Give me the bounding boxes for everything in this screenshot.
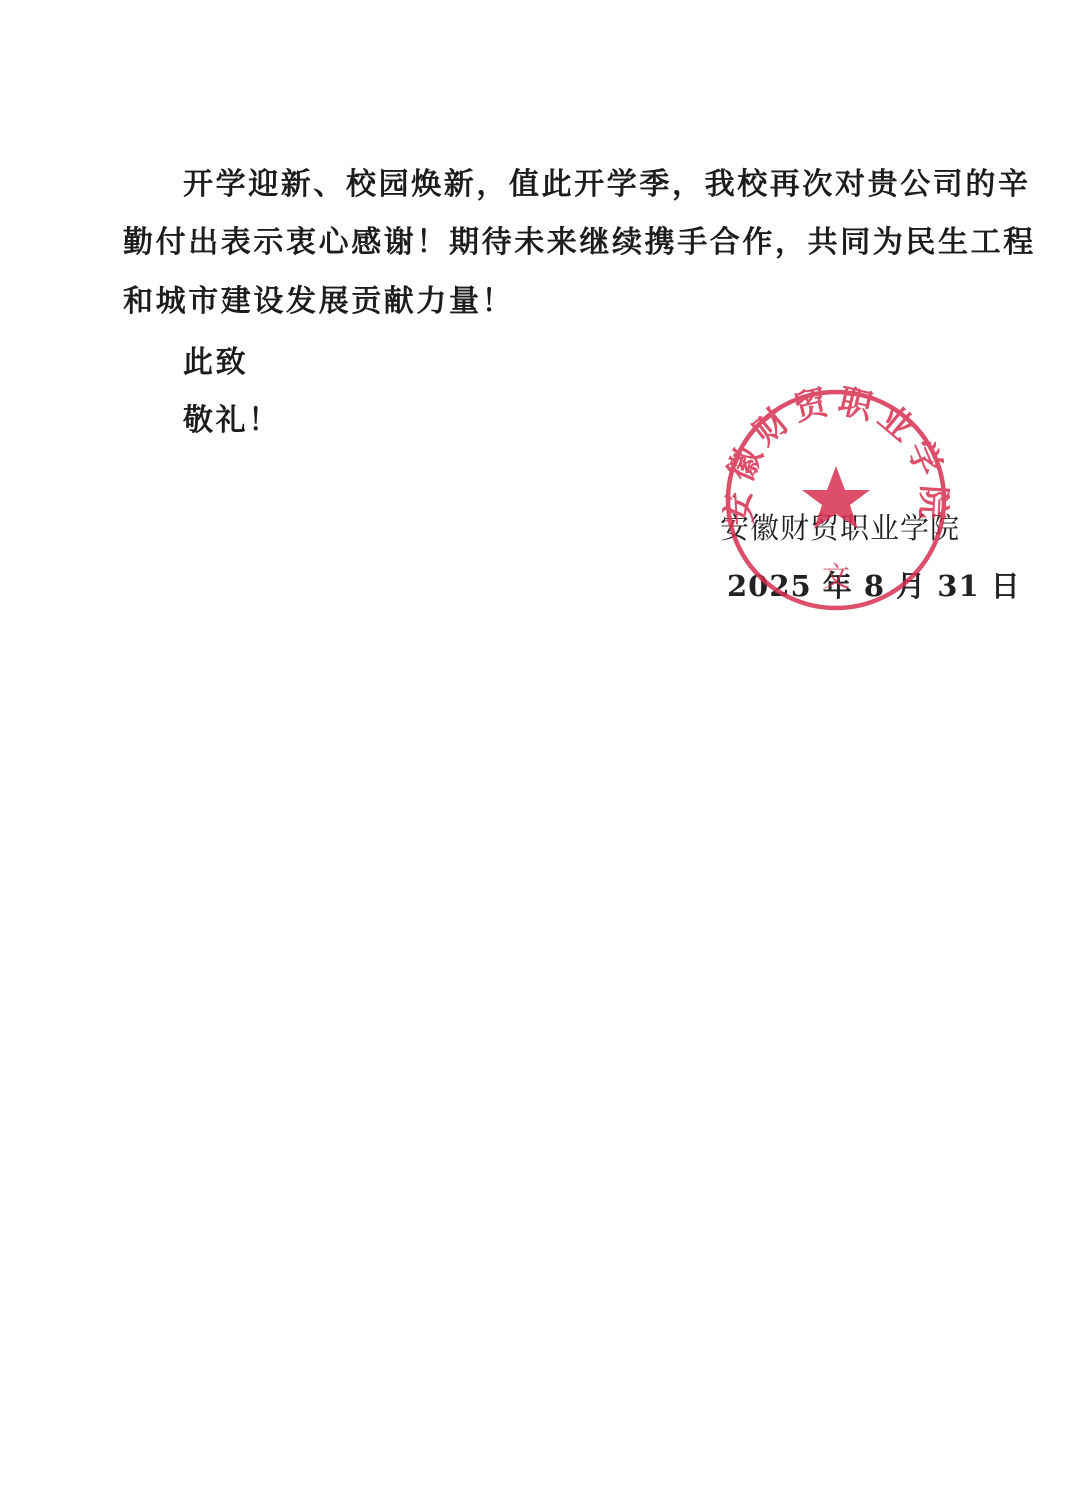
seal-ring-text: 安徽财贸职业学院	[722, 386, 950, 527]
body-paragraph-line-1: 开学迎新、校园焕新，值此开学季，我校再次对贵公司的辛	[183, 167, 1031, 203]
letter-page: 开学迎新、校园焕新，值此开学季，我校再次对贵公司的辛 勤付出表示衷心感谢！期待未…	[0, 0, 1066, 1510]
body-paragraph-line-2: 勤付出表示衷心感谢！期待未来继续携手合作，共同为民生工程	[123, 225, 1036, 261]
signature-date: 2025 年 8 月 31 日	[727, 568, 1021, 604]
svg-text:安徽财贸职业学院: 安徽财贸职业学院	[722, 386, 950, 527]
body-paragraph-line-3: 和城市建设发展贡献力量！	[123, 284, 514, 320]
closing-regards: 敬礼！	[183, 403, 281, 439]
closing-salutation: 此致	[183, 345, 248, 381]
signature-organization: 安徽财贸职业学院	[720, 510, 960, 546]
